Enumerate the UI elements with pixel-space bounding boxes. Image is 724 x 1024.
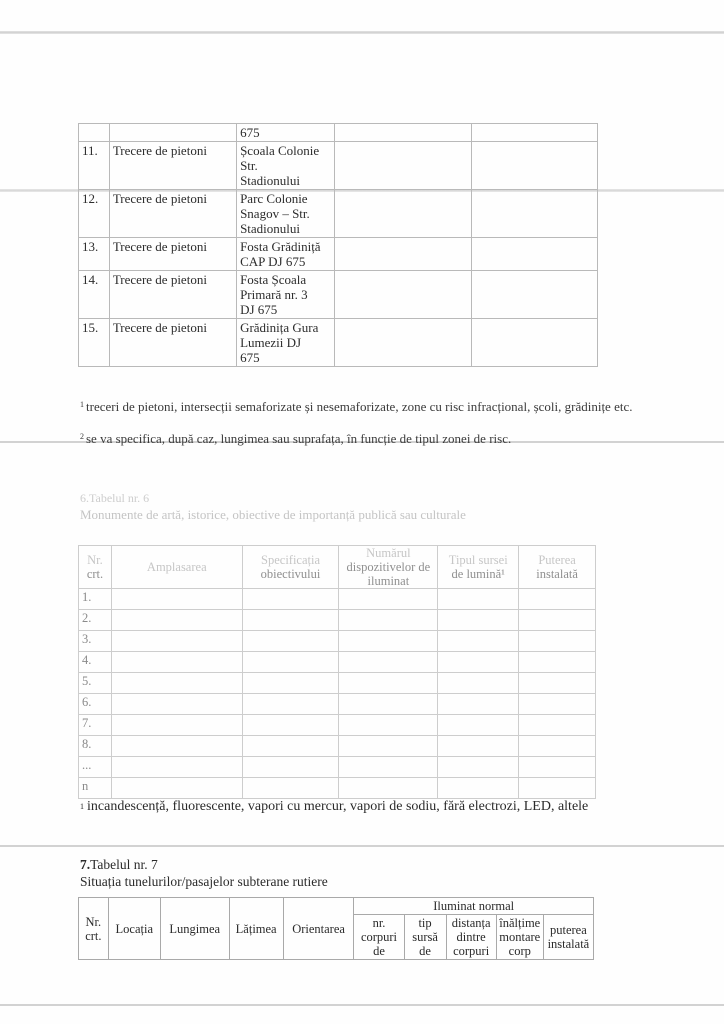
table-row: ...	[79, 757, 596, 778]
empty-cell	[242, 652, 339, 673]
empty-cell	[438, 610, 519, 631]
empty-cell	[438, 778, 519, 799]
empty-cell	[339, 652, 438, 673]
zone-type: Trecere de pietoni	[109, 319, 236, 367]
row-number: 13.	[79, 238, 110, 271]
column-header: Orientarea	[283, 898, 354, 960]
table-row: 4.	[79, 652, 596, 673]
empty-cell	[471, 142, 597, 190]
empty-cell	[242, 694, 339, 715]
column-header: Specificațiaobiectivului	[242, 546, 339, 589]
empty-cell	[339, 631, 438, 652]
empty-cell	[111, 736, 242, 757]
empty-cell	[111, 673, 242, 694]
table-row: 675	[79, 124, 598, 142]
row-number: 1.	[79, 589, 112, 610]
empty-cell	[335, 142, 471, 190]
table-5-continuation: 67511.Trecere de pietoniȘcoala ColonieSt…	[78, 123, 598, 367]
table-row: 12.Trecere de pietoniParc ColonieSnagov …	[79, 190, 598, 238]
empty-cell	[339, 694, 438, 715]
table-row: 1.	[79, 589, 596, 610]
column-subheader: putereainstalată	[543, 915, 593, 960]
empty-cell	[111, 610, 242, 631]
empty-cell	[519, 694, 596, 715]
empty-cell	[519, 610, 596, 631]
empty-cell	[438, 736, 519, 757]
table-5-footnote-2: 2se va specifica, după caz, lungimea sau…	[80, 431, 511, 446]
column-header: Amplasarea	[111, 546, 242, 589]
table-7-title: 7.Tabelul nr. 7	[80, 857, 158, 873]
row-number: 5.	[79, 673, 112, 694]
empty-cell	[335, 238, 471, 271]
empty-cell	[242, 778, 339, 799]
empty-cell	[339, 610, 438, 631]
empty-cell	[438, 694, 519, 715]
empty-cell	[335, 319, 471, 367]
empty-cell	[339, 589, 438, 610]
empty-cell	[111, 715, 242, 736]
empty-cell	[339, 673, 438, 694]
table-6-monuments: Nr.crt.AmplasareaSpecificațiaobiectivulu…	[78, 545, 596, 799]
row-number: 15.	[79, 319, 110, 367]
row-number: 7.	[79, 715, 112, 736]
column-subheader: tipsursăde	[404, 915, 446, 960]
empty-cell	[111, 589, 242, 610]
table-row: 11.Trecere de pietoniȘcoala ColonieStr.S…	[79, 142, 598, 190]
table-7-tunnels: Nr.crt.LocațiaLungimeaLățimeaOrientareaI…	[78, 897, 594, 960]
column-header: Putereainstalată	[519, 546, 596, 589]
empty-cell	[111, 631, 242, 652]
row-number: 4.	[79, 652, 112, 673]
column-header: Tipul surseide lumină¹	[438, 546, 519, 589]
empty-cell	[519, 715, 596, 736]
zone-location: Parc ColonieSnagov – Str.Stadionului	[237, 190, 335, 238]
column-group-header: Iluminat normal	[354, 898, 594, 915]
row-number: ...	[79, 757, 112, 778]
empty-cell	[339, 736, 438, 757]
empty-cell	[438, 652, 519, 673]
empty-cell	[438, 631, 519, 652]
column-subheader: distanțadintrecorpuri	[446, 915, 496, 960]
zone-type: Trecere de pietoni	[109, 190, 236, 238]
empty-cell	[339, 778, 438, 799]
column-header: Număruldispozitivelor de iluminat	[339, 546, 438, 589]
zone-type: Trecere de pietoni	[109, 271, 236, 319]
column-header: Locația	[108, 898, 160, 960]
table-row: 13.Trecere de pietoniFosta GrădinițăCAP …	[79, 238, 598, 271]
table-row: 15.Trecere de pietoniGrădinița GuraLumez…	[79, 319, 598, 367]
empty-cell	[242, 589, 339, 610]
scan-fold-line-lower	[0, 845, 724, 847]
table-6-title: 6.Tabelul nr. 6	[80, 491, 149, 506]
column-subheader: nr.corpuride	[354, 915, 404, 960]
empty-cell	[471, 319, 597, 367]
empty-cell	[519, 631, 596, 652]
scan-fold-line-bottom	[0, 1004, 724, 1006]
row-number: 2.	[79, 610, 112, 631]
zone-location: Grădinița GuraLumezii DJ675	[237, 319, 335, 367]
row-number: 11.	[79, 142, 110, 190]
empty-cell	[471, 271, 597, 319]
empty-cell	[519, 778, 596, 799]
empty-cell	[519, 589, 596, 610]
empty-cell	[335, 190, 471, 238]
empty-cell	[242, 715, 339, 736]
zone-location: Fosta ȘcoalaPrimară nr. 3DJ 675	[237, 271, 335, 319]
scan-fold-line-top	[0, 31, 724, 34]
empty-cell	[438, 715, 519, 736]
empty-cell	[471, 124, 597, 142]
empty-cell	[438, 757, 519, 778]
empty-cell	[242, 610, 339, 631]
empty-cell	[471, 190, 597, 238]
empty-cell	[242, 736, 339, 757]
zone-location: Fosta GrădinițăCAP DJ 675	[237, 238, 335, 271]
column-header: Nr.crt.	[79, 546, 112, 589]
zone-type: Trecere de pietoni	[109, 238, 236, 271]
empty-cell	[111, 694, 242, 715]
table-row: 8.	[79, 736, 596, 757]
table-row: 2.	[79, 610, 596, 631]
column-header: Lățimea	[229, 898, 283, 960]
row-number: n	[79, 778, 112, 799]
zone-location: 675	[237, 124, 335, 142]
row-number: 14.	[79, 271, 110, 319]
empty-cell	[339, 715, 438, 736]
empty-cell	[339, 757, 438, 778]
table-row: 6.	[79, 694, 596, 715]
empty-cell	[519, 652, 596, 673]
table-row: n	[79, 778, 596, 799]
zone-type	[109, 124, 236, 142]
zone-type: Trecere de pietoni	[109, 142, 236, 190]
column-header: Nr.crt.	[79, 898, 109, 960]
row-number: 12.	[79, 190, 110, 238]
empty-cell	[242, 757, 339, 778]
empty-cell	[519, 673, 596, 694]
table-7-subtitle: Situația tunelurilor/pasajelor subterane…	[80, 874, 328, 890]
table-row: 7.	[79, 715, 596, 736]
table-row: 14.Trecere de pietoniFosta ȘcoalaPrimară…	[79, 271, 598, 319]
row-number: 3.	[79, 631, 112, 652]
zone-location: Școala ColonieStr.Stadionului	[237, 142, 335, 190]
table-5-footnote-1: 1treceri de pietoni, intersecții semafor…	[80, 399, 680, 414]
empty-cell	[242, 631, 339, 652]
empty-cell	[242, 673, 339, 694]
empty-cell	[111, 757, 242, 778]
empty-cell	[519, 757, 596, 778]
table-row: 5.	[79, 673, 596, 694]
column-subheader: înălțimemontarecorp	[496, 915, 543, 960]
empty-cell	[111, 652, 242, 673]
empty-cell	[335, 124, 471, 142]
row-number: 8.	[79, 736, 112, 757]
column-header: Lungimea	[160, 898, 229, 960]
row-number	[79, 124, 110, 142]
empty-cell	[519, 736, 596, 757]
empty-cell	[471, 238, 597, 271]
empty-cell	[438, 589, 519, 610]
empty-cell	[111, 778, 242, 799]
row-number: 6.	[79, 694, 112, 715]
empty-cell	[335, 271, 471, 319]
table-6-footnote: 1incandescență, fluorescente, vapori cu …	[80, 799, 588, 815]
table-row: 3.	[79, 631, 596, 652]
empty-cell	[438, 673, 519, 694]
table-6-subtitle: Monumente de artă, istorice, obiective d…	[80, 507, 466, 522]
